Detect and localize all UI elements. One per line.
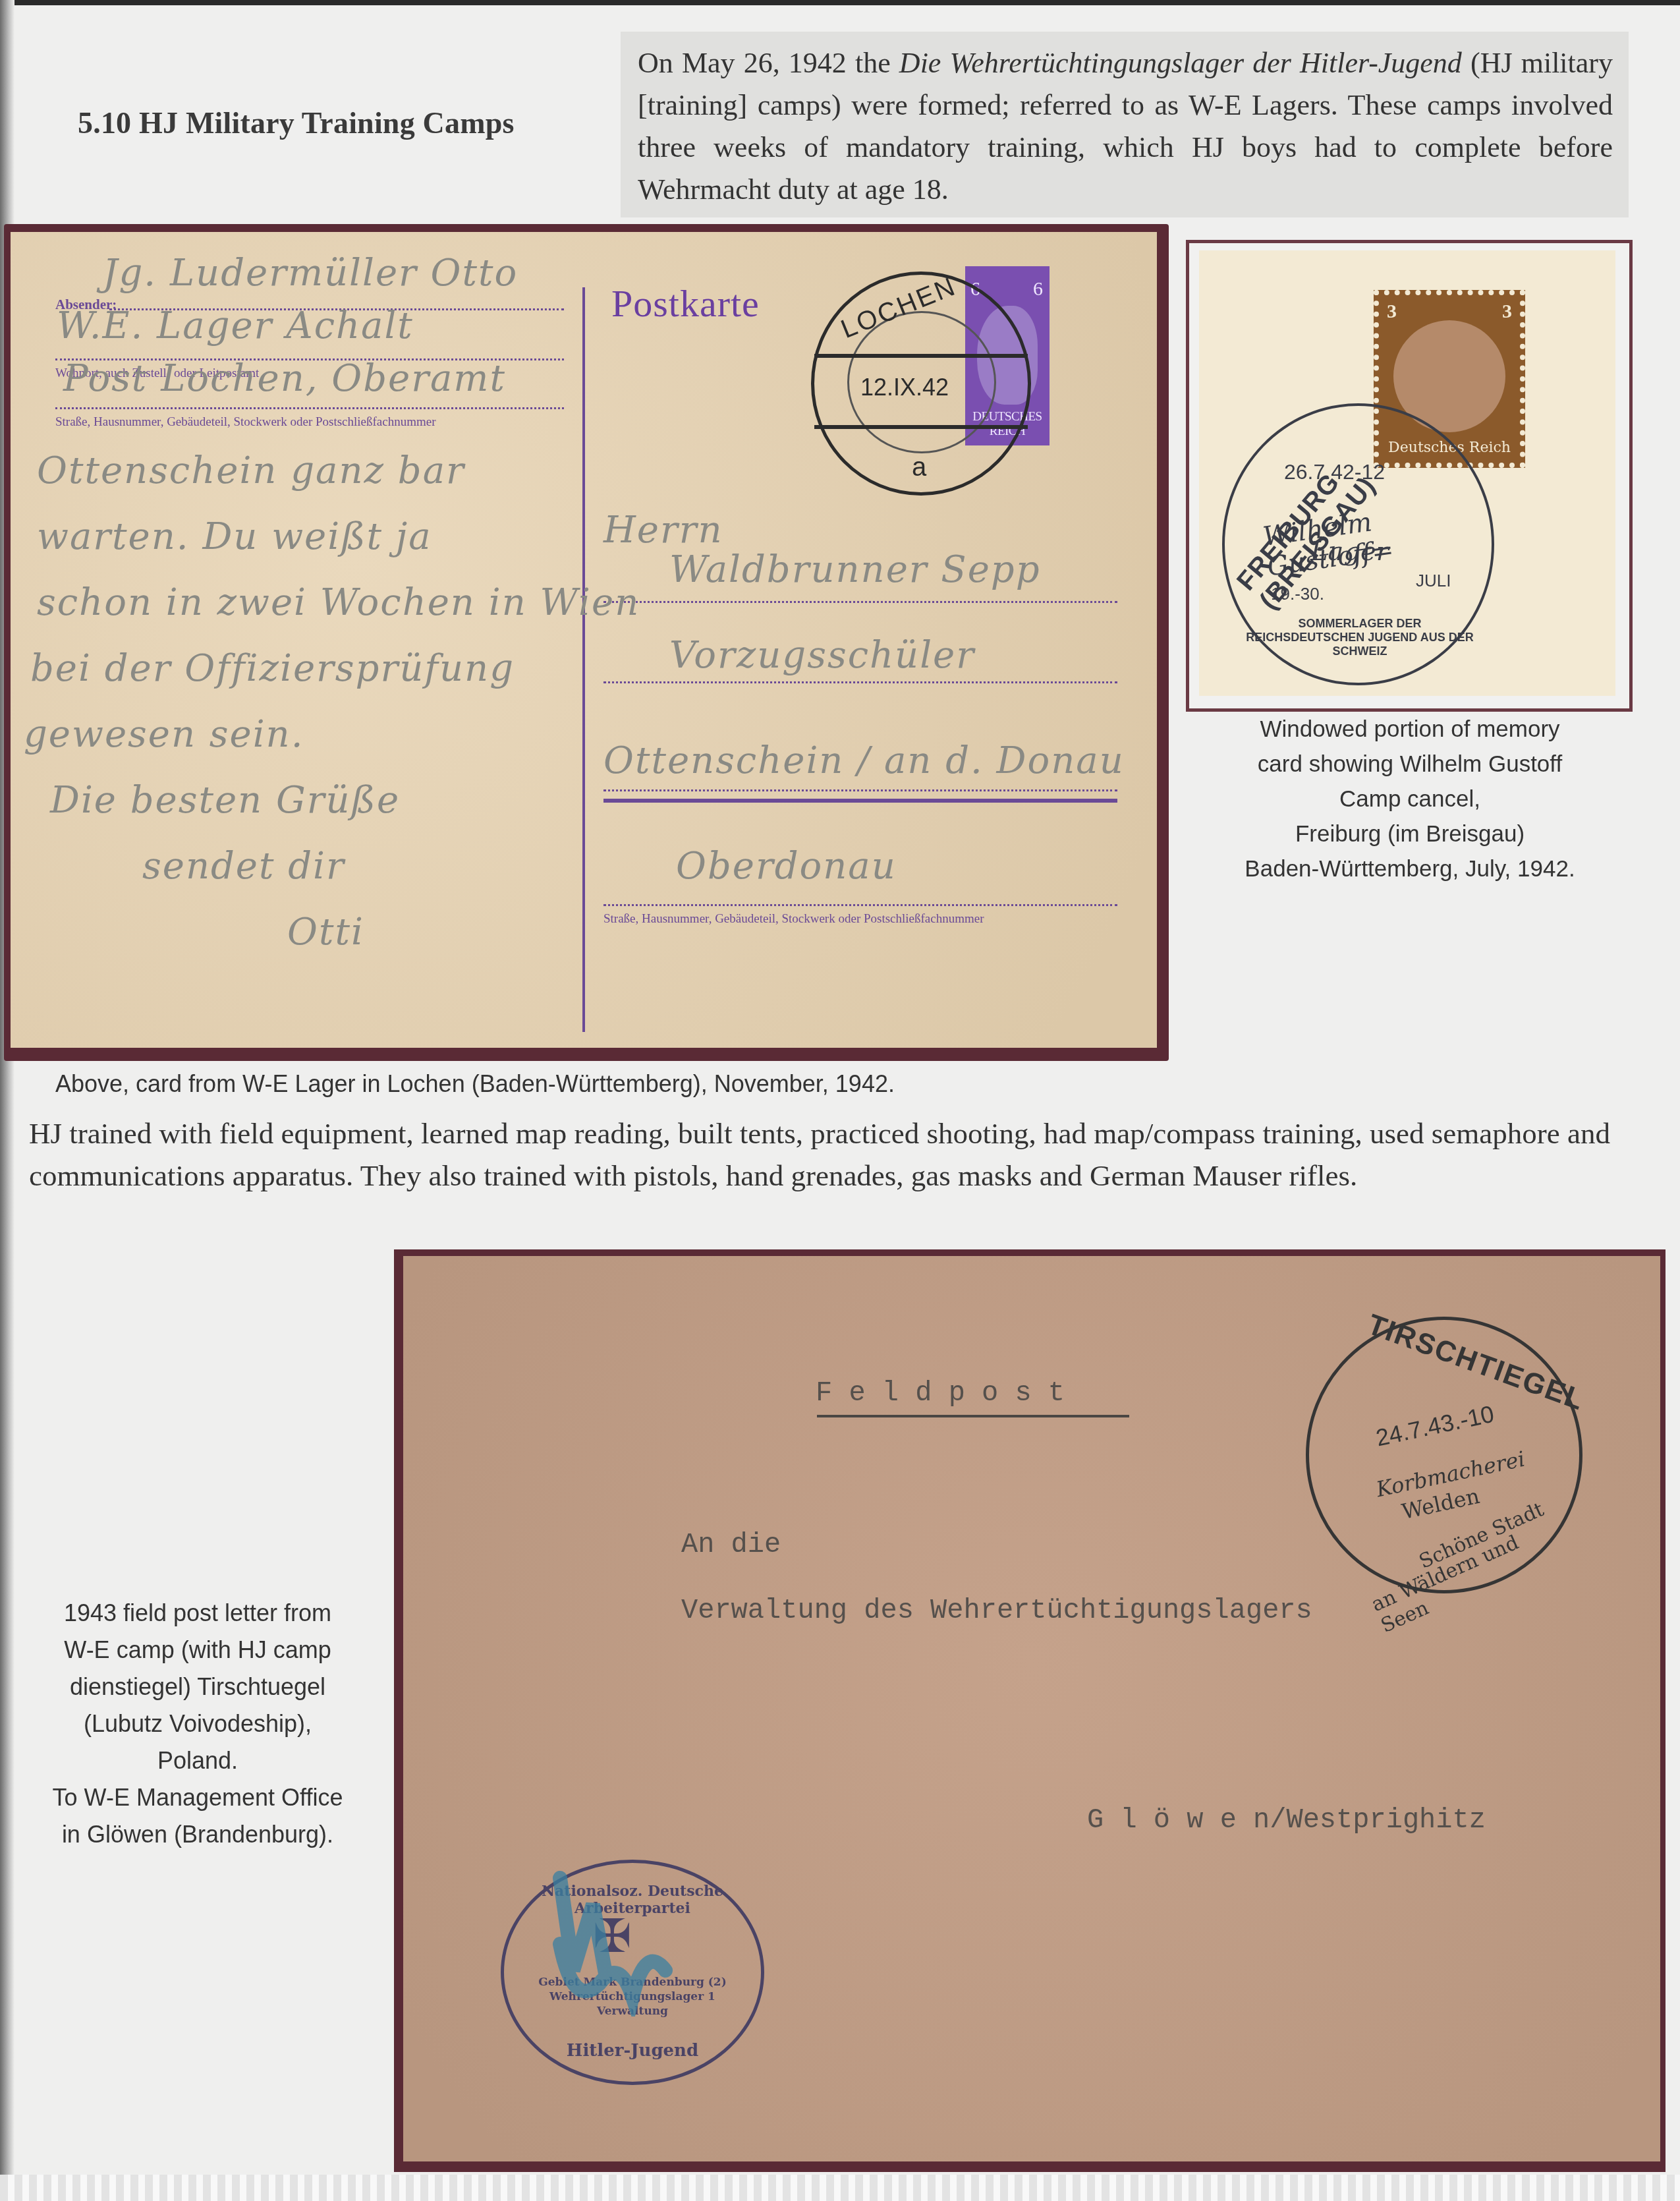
postcard: Absender: Wohnort, auch Zustell- oder Le… [11,232,1157,1048]
memory-card-caption: Windowed portion of memory card showing … [1192,712,1627,886]
intro-paragraph: On May 26, 1942 the Die Wehrertüchtingun… [638,42,1613,211]
sleeve-perforation [0,2175,1680,2201]
address-line [603,789,1117,791]
street-label: Straße, Hausnummer, Gebäudeteil, Stockwe… [55,415,436,430]
envelope-caption: 1943 field post letter from W-E camp (wi… [13,1595,382,1853]
intro-italic-term: Die Wehrertüchtingungslager der Hitler-J… [899,47,1462,79]
tirschtiegel-cancel: TIRSCHTIEGEL 24.7.43.-10 Korbmacherei We… [1306,1317,1582,1593]
dotted-line [55,407,564,409]
address-line-1: An die [681,1529,781,1560]
card-divider [582,287,585,1032]
postkarte-title: Postkarte [611,281,760,326]
address-line [603,601,1117,603]
address-line-3: G l ö w e n/Westprighitz [1087,1804,1486,1836]
lochen-cancel: LOCHEN 12.IX.42 a [811,272,1031,496]
section-title: 5.10 HJ Military Training Camps [78,105,515,140]
freiburg-cancel: FREIBURG (BREISGAU) 26.7.42-12 Wilhelm G… [1222,403,1494,685]
address-line-2: Verwaltung des Wehrertüchtigungslagers [681,1595,1312,1626]
feldpost-header: F e l d p o s t [816,1377,1065,1409]
address-line [603,904,1117,906]
training-paragraph: HJ trained with field equipment, learned… [29,1112,1610,1197]
blue-crayon-mark [534,1865,685,2016]
postcard-caption: Above, card from W-E Lager in Lochen (Ba… [55,1070,895,1098]
street-label-address: Straße, Hausnummer, Gebäudeteil, Stockwe… [603,912,984,927]
address-underline [603,799,1117,803]
address-line [603,681,1117,683]
feldpost-underline [817,1415,1129,1417]
binder-edge [0,0,1680,5]
